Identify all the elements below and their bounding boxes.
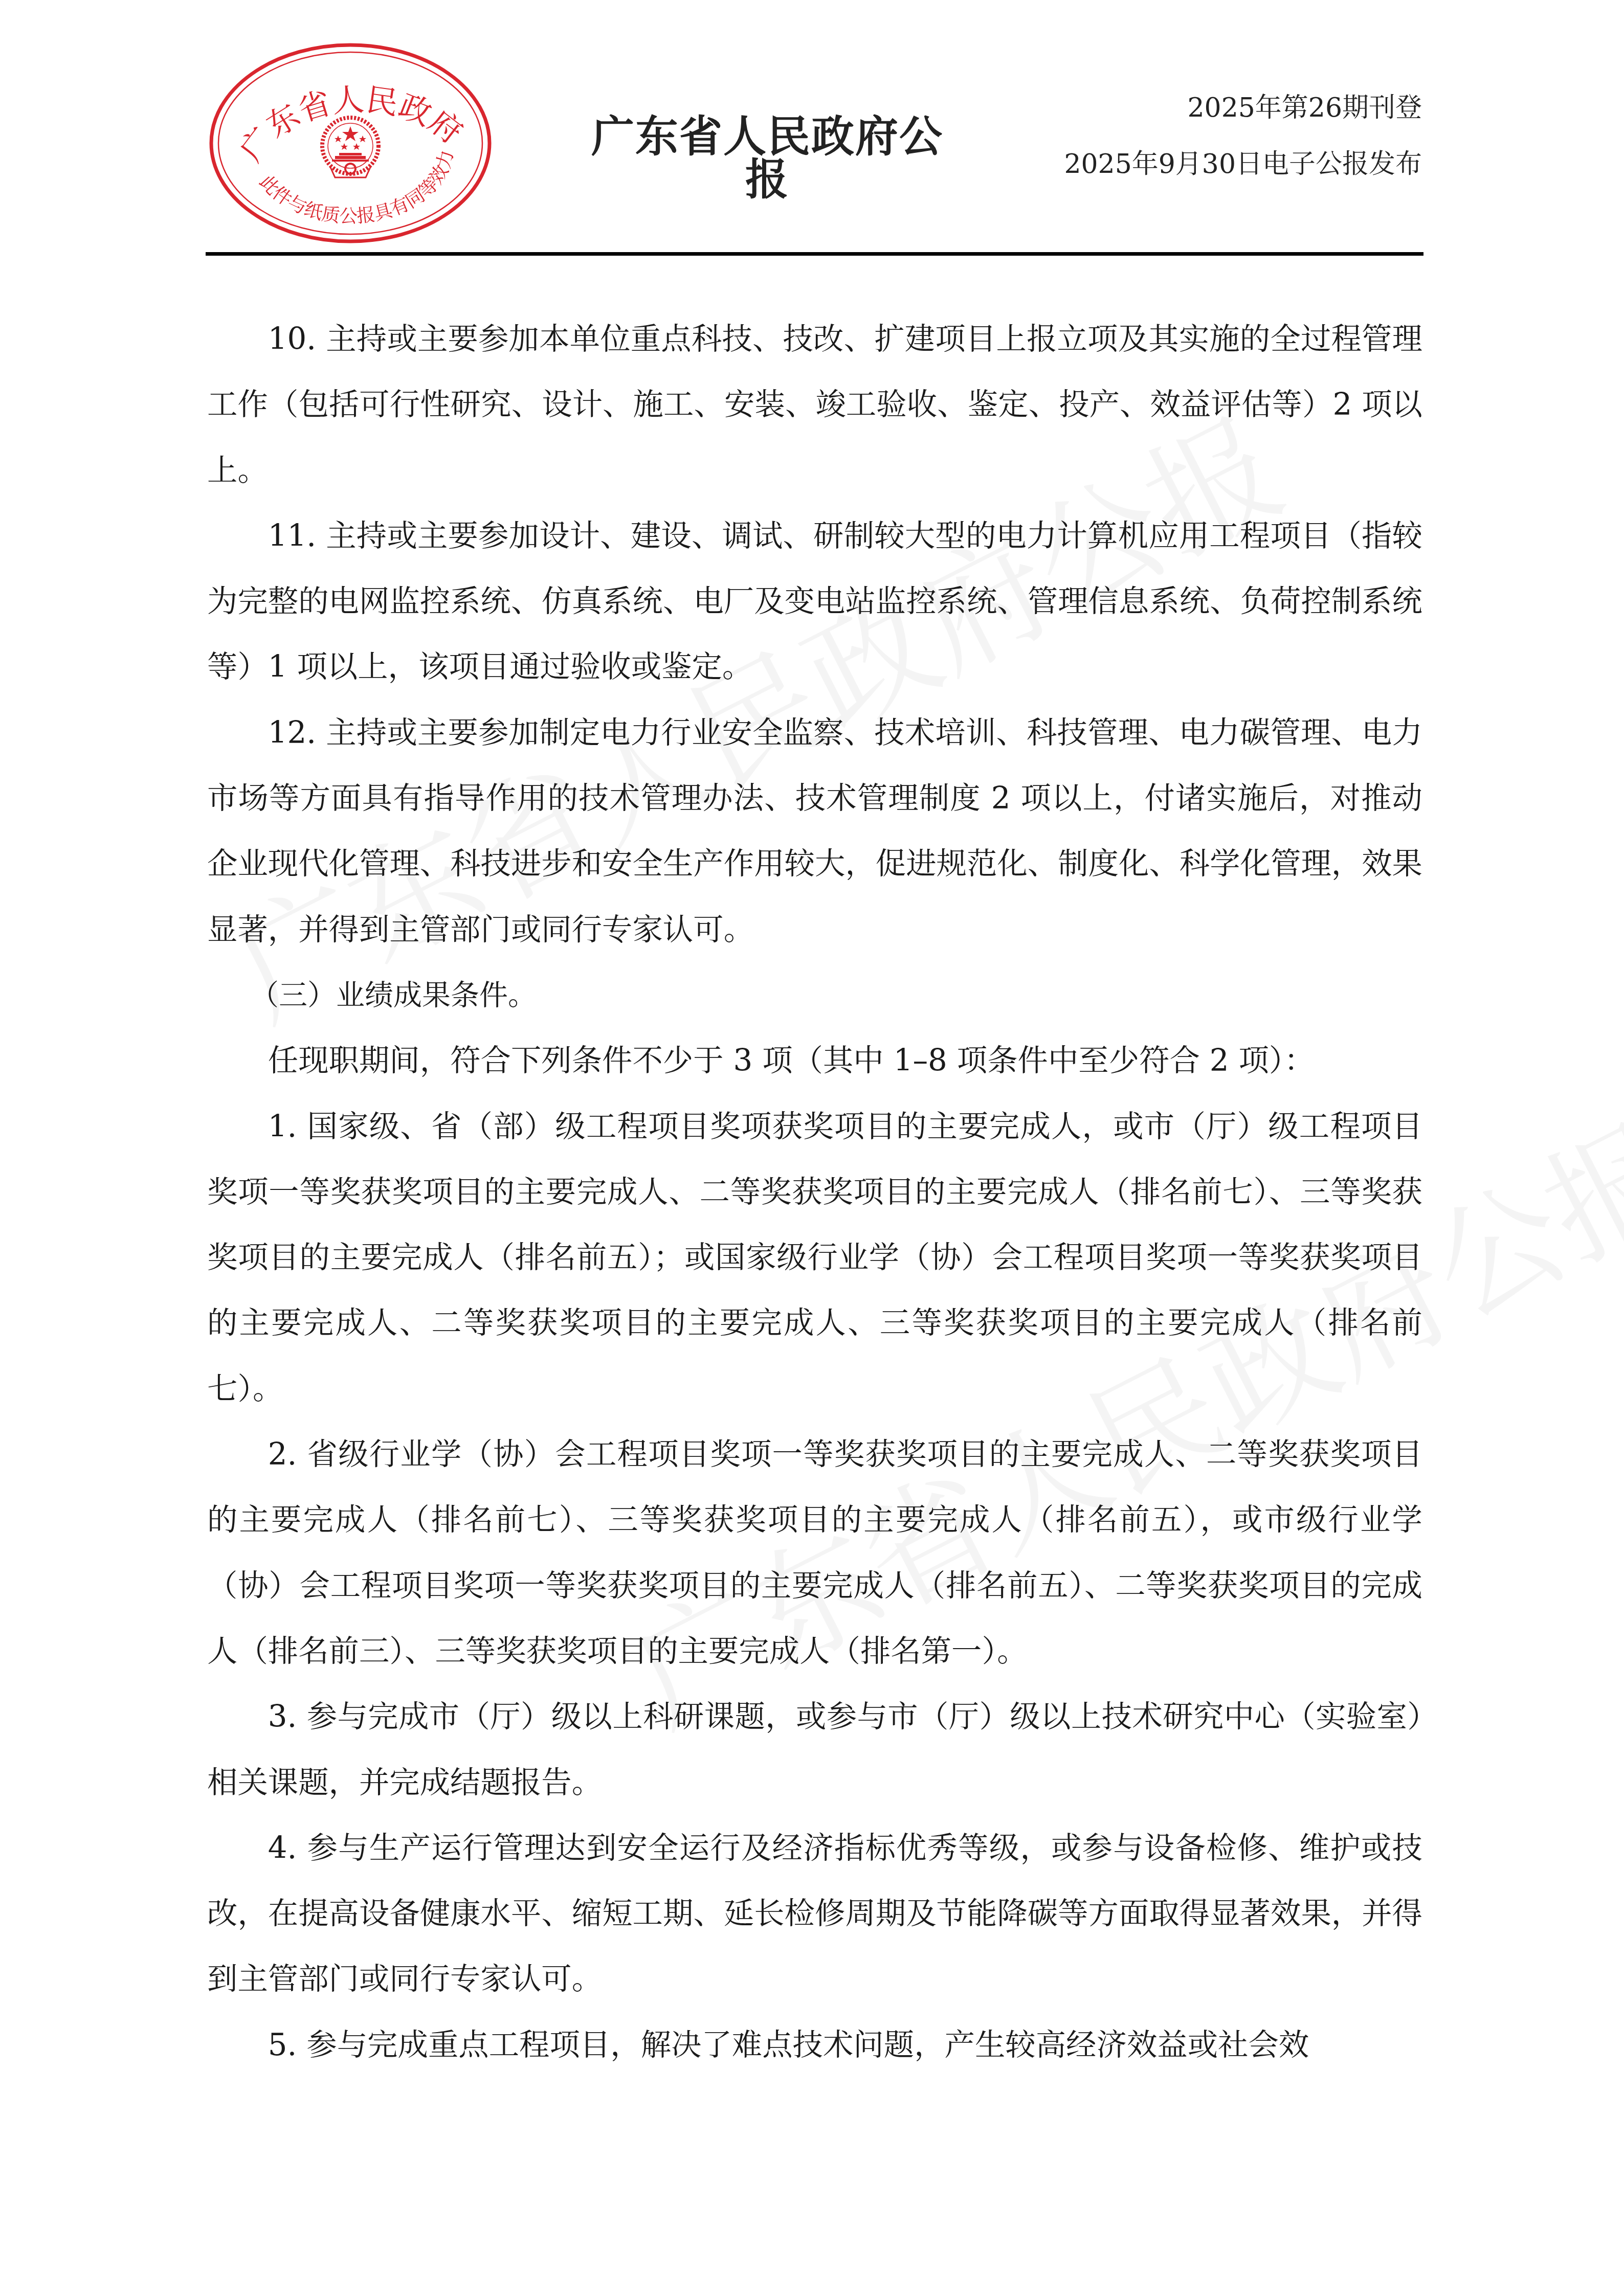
- release-date: 2025年9月30日电子公报发布: [1064, 151, 1422, 207]
- paragraph-item-10: 10. 主持或主要参加本单位重点科技、技改、扩建项目上报立项及其实施的全过程管理…: [207, 307, 1422, 504]
- issue-info: 2025年第26期刊登 2025年9月30日电子公报发布: [1064, 95, 1422, 207]
- paragraph-item-12: 12. 主持或主要参加制定电力行业安全监察、技术培训、科技管理、电力碳管理、电力…: [207, 701, 1422, 963]
- paragraph-item-11: 11. 主持或主要参加设计、建设、调试、研制较大型的电力计算机应用工程项目（指较…: [207, 504, 1422, 701]
- issue-number: 2025年第26期刊登: [1064, 95, 1422, 151]
- header-rule: [206, 252, 1423, 256]
- national-emblem-icon: [322, 118, 379, 177]
- section-heading: （三）业绩成果条件。: [207, 963, 1422, 1028]
- paragraph-condition-3: 3. 参与完成市（厅）级以上科研课题，或参与市（厅）级以上技术研究中心（实验室）…: [207, 1684, 1422, 1816]
- paragraph-condition-2: 2. 省级行业学（协）会工程项目奖项一等奖获奖项目的主要完成人、二等奖获奖项目的…: [207, 1422, 1422, 1684]
- paragraph-intro: 任现职期间，符合下列条件不少于 3 项（其中 1–8 项条件中至少符合 2 项）…: [207, 1028, 1422, 1094]
- paragraph-condition-4: 4. 参与生产运行管理达到安全运行及经济指标优秀等级，或参与设备检修、维护或技改…: [207, 1816, 1422, 2013]
- official-seal: 广东省人民政府公报 此件与纸质公报具有同等效力: [207, 41, 494, 245]
- document-body: 10. 主持或主要参加本单位重点科技、技改、扩建项目上报立项及其实施的全过程管理…: [207, 307, 1422, 2078]
- paragraph-condition-1: 1. 国家级、省（部）级工程项目奖项获奖项目的主要完成人，或市（厅）级工程项目奖…: [207, 1094, 1422, 1422]
- gazette-title: 广东省人民政府公报: [583, 115, 951, 201]
- paragraph-condition-5: 5. 参与完成重点工程项目，解决了难点技术问题，产生较高经济效益或社会效: [207, 2013, 1422, 2078]
